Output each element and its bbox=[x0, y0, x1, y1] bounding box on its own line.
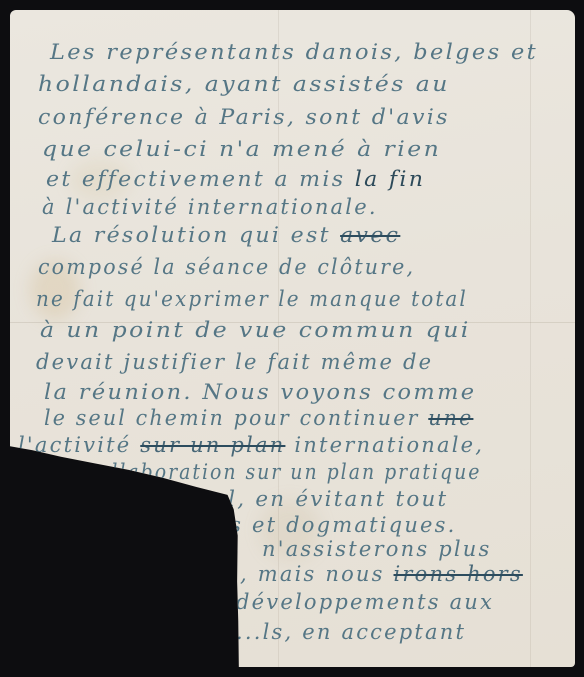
line-text: la réunion. Nous voyons comme bbox=[44, 380, 476, 404]
line-text: développements aux bbox=[236, 590, 494, 614]
text-line: la réunion. Nous voyons comme bbox=[44, 380, 476, 404]
text-line: composé la séance de clôture, bbox=[38, 255, 415, 279]
text-line: n'assisterons plus bbox=[262, 537, 491, 561]
struck-text: sur un plan bbox=[140, 433, 285, 457]
text-line: une collaboration sur un plan pratique bbox=[36, 460, 481, 484]
struck-text: une bbox=[428, 406, 473, 430]
text-line: ...rimental, en évitant tout bbox=[100, 487, 448, 511]
text-line: que celui-ci n'a mené à rien bbox=[42, 137, 441, 161]
struck-text: irons hors bbox=[394, 562, 523, 586]
text-line: développements aux bbox=[236, 590, 494, 614]
text-line: et effectivement a mis la fin bbox=[46, 167, 425, 191]
document-page: Les représentants danois, belges et holl… bbox=[10, 10, 575, 667]
line-text: La résolution qui est bbox=[52, 223, 331, 247]
line-text: une collaboration sur un plan pratique bbox=[36, 460, 481, 484]
text-line: ...les et dogmatiques. bbox=[180, 513, 457, 537]
line-text: l'activité bbox=[18, 433, 131, 457]
line-text: ...rimental, en évitant tout bbox=[100, 487, 448, 511]
line-text: devait justifier le fait même de bbox=[36, 350, 433, 374]
line-text: ...ls, en acceptant bbox=[236, 620, 466, 644]
line-text: que celui-ci n'a mené à rien bbox=[42, 137, 441, 161]
line-text: hollandais, ayant assistés au bbox=[38, 72, 450, 96]
text-line: conférence à Paris, sont d'avis bbox=[38, 105, 450, 129]
text-line: ...ls, en acceptant bbox=[236, 620, 466, 644]
line-text-after: la fin bbox=[355, 167, 425, 191]
text-line: le seul chemin pour continuer une bbox=[44, 406, 473, 430]
line-text: conférence à Paris, sont d'avis bbox=[38, 105, 450, 129]
line-text: à un point de vue commun qui bbox=[40, 318, 471, 342]
line-text: ne fait qu'exprimer le manque total bbox=[36, 287, 468, 311]
line-text: , mais nous bbox=[240, 562, 385, 586]
text-line: ne fait qu'exprimer le manque total bbox=[36, 287, 468, 311]
text-line: La résolution qui est avec bbox=[52, 223, 400, 247]
line-text: n'assisterons plus bbox=[262, 537, 491, 561]
text-line: à l'activité internationale. bbox=[42, 195, 378, 219]
text-line: , mais nous irons hors bbox=[240, 562, 523, 586]
line-text: à l'activité internationale. bbox=[42, 195, 378, 219]
struck-text: avec bbox=[340, 223, 400, 247]
text-line: hollandais, ayant assistés au bbox=[38, 72, 450, 96]
text-line: à un point de vue commun qui bbox=[40, 318, 471, 342]
line-text-after: internationale, bbox=[294, 433, 484, 457]
line-text: et effectivement a mis bbox=[46, 167, 345, 191]
line-text: le seul chemin pour continuer bbox=[44, 406, 420, 430]
text-line: devait justifier le fait même de bbox=[36, 350, 433, 374]
handwritten-text: Les représentants danois, belges et holl… bbox=[10, 10, 575, 667]
text-line: Les représentants danois, belges et bbox=[50, 40, 538, 64]
text-line: l'activité sur un plan internationale, bbox=[18, 433, 484, 457]
line-text: ...les et dogmatiques. bbox=[180, 513, 457, 537]
line-text: composé la séance de clôture, bbox=[38, 255, 415, 279]
line-text: Les représentants danois, belges et bbox=[50, 40, 538, 64]
